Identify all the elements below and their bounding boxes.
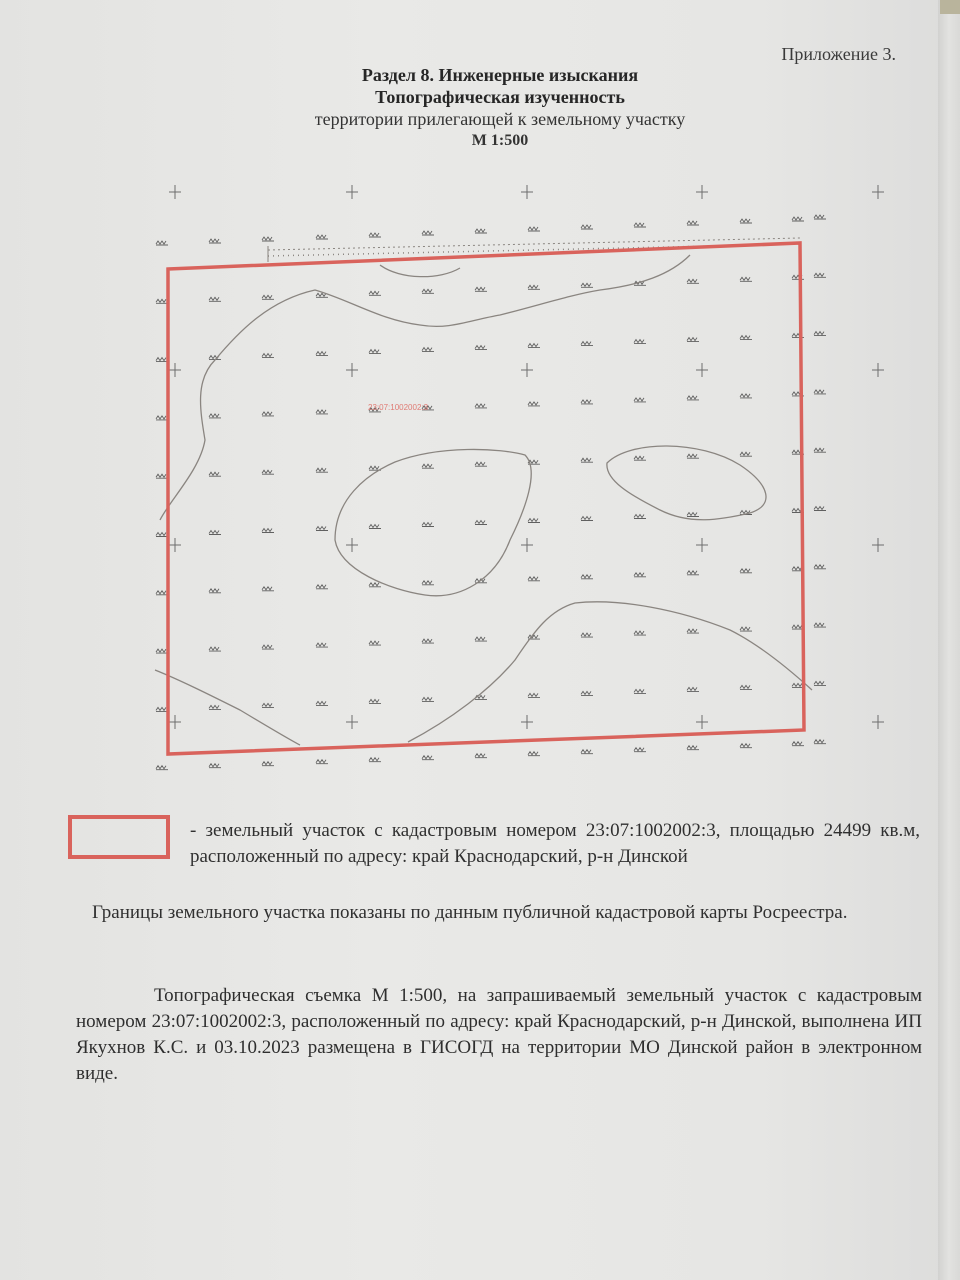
- background-corner: [940, 0, 960, 14]
- subtitle-territory: территории прилегающей к земельному учас…: [240, 108, 760, 130]
- subtitle: Топографическая изученность: [250, 86, 750, 108]
- contour-line-north: [160, 255, 690, 520]
- contour-line-top-arc: [380, 265, 460, 277]
- contour-lines: [155, 255, 812, 745]
- topographic-map: 23:07:1002002:3: [0, 170, 960, 780]
- parcel-cadastral-label: 23:07:1002002:3: [368, 403, 429, 412]
- hatched-line: [268, 238, 800, 262]
- contour-line-southwest: [155, 670, 300, 745]
- title-block: Раздел 8. Инженерные изыскания Топографи…: [250, 64, 750, 152]
- elevation-marks: [156, 215, 826, 770]
- appendix-label: Приложение 3.: [781, 44, 896, 65]
- legend-description: - земельный участок с кадастровым номеро…: [190, 818, 920, 870]
- boundary-source-note: Границы земельного участка показаны по д…: [92, 900, 922, 926]
- map-scale: М 1:500: [250, 130, 750, 152]
- survey-paragraph: Топографическая съемка М 1:500, на запра…: [76, 983, 922, 1087]
- legend-parcel-symbol: [68, 815, 170, 859]
- contour-line-south: [408, 602, 812, 742]
- section-title: Раздел 8. Инженерные изыскания: [250, 64, 750, 86]
- contour-line-center-loop: [335, 449, 531, 595]
- contour-line-east-loop: [607, 446, 766, 520]
- parcel-boundary: [168, 243, 804, 754]
